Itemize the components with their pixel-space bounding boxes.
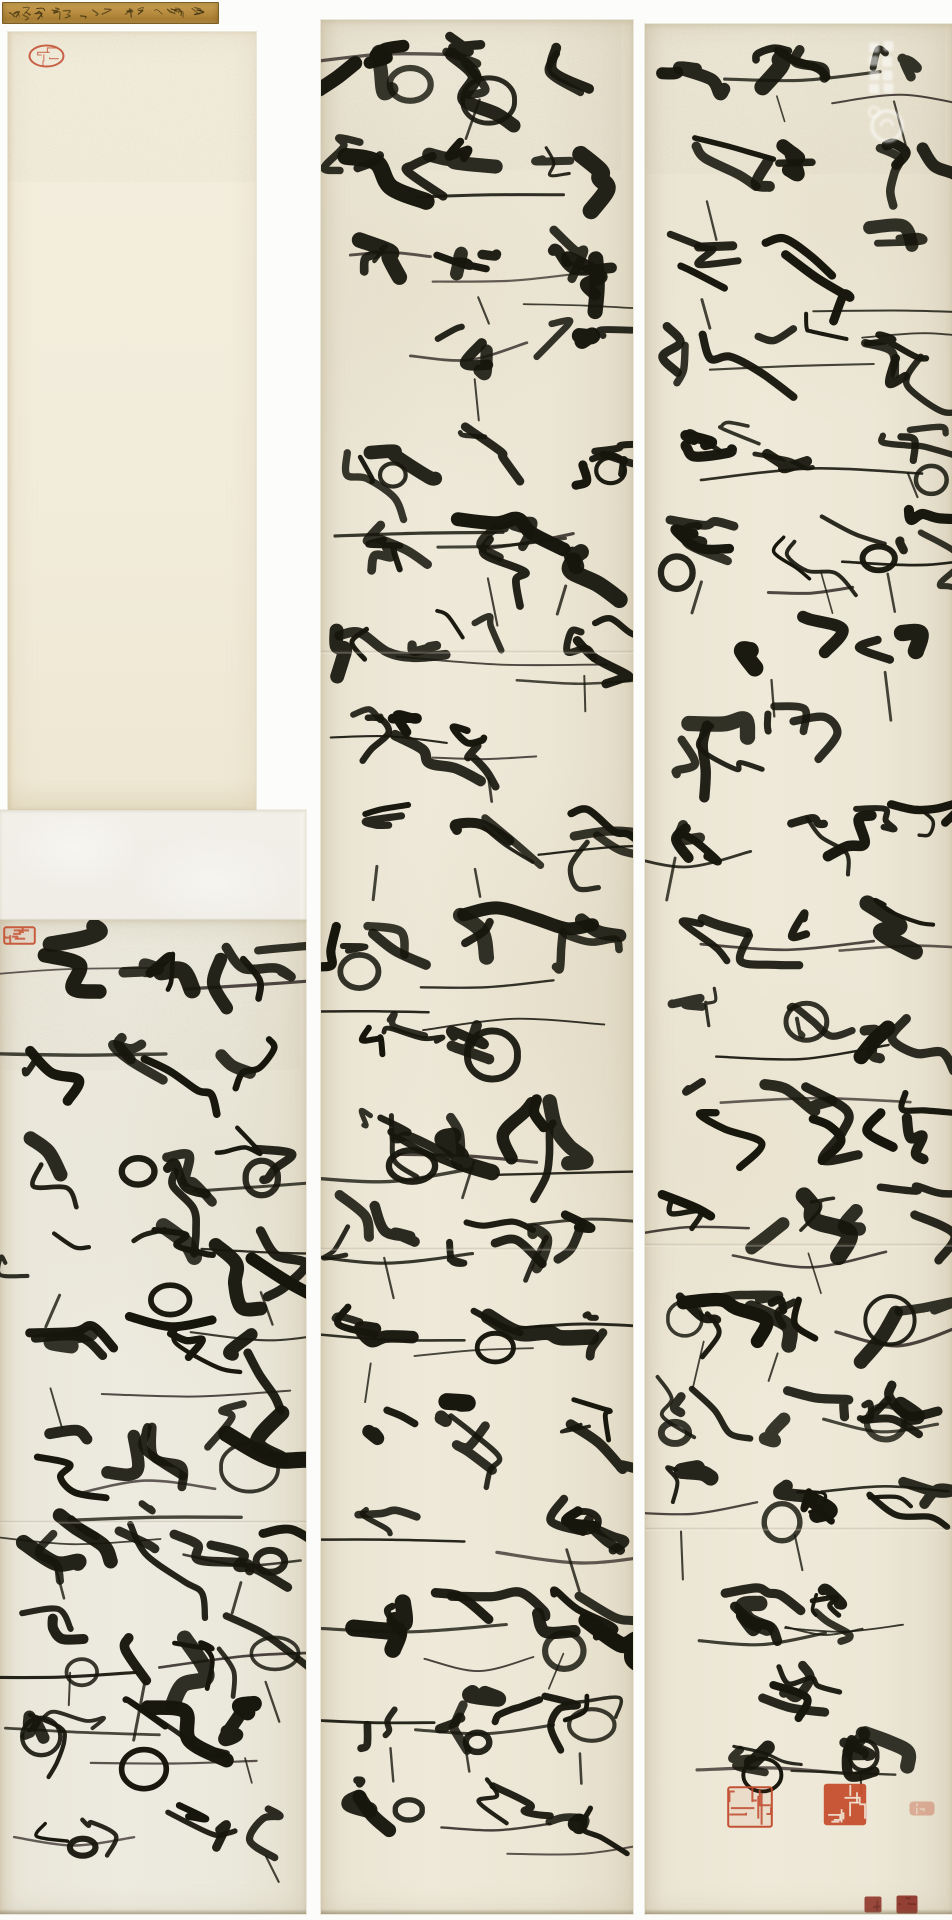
leading-seal <box>3 926 36 945</box>
panel-join-crease <box>321 650 633 654</box>
title-slip-inscription <box>3 3 218 23</box>
panel-join-crease <box>645 1243 952 1247</box>
panel-bottom-edge <box>321 1909 633 1914</box>
panel-join-crease <box>321 1247 633 1251</box>
auction-watermark-icon <box>857 36 921 152</box>
faint-collector-seal <box>909 1801 935 1816</box>
panel-join-crease <box>645 1527 952 1531</box>
calligraphy-strokes-right <box>645 24 952 1914</box>
calligraphy-strokes-middle <box>321 20 633 1914</box>
title-slip <box>2 2 219 24</box>
right-calligraphy-panel <box>645 24 952 1914</box>
oval-collector-seal <box>28 44 65 68</box>
panel-join-crease <box>0 1520 306 1524</box>
artist-seal-square-2 <box>823 1783 867 1826</box>
middle-calligraphy-panel <box>321 20 633 1914</box>
calligraphy-strokes-left <box>0 920 306 1914</box>
panel-bottom-edge <box>0 1909 306 1914</box>
artist-seal-square-1 <box>727 1786 773 1828</box>
calligraphy-scroll-photo <box>0 0 952 1920</box>
silk-texture <box>0 810 300 920</box>
panel-bottom-edge <box>645 1909 952 1914</box>
blank-frontispiece-panel <box>8 32 256 810</box>
left-calligraphy-panel <box>0 920 306 1914</box>
silk-mounting-strip <box>0 810 306 920</box>
